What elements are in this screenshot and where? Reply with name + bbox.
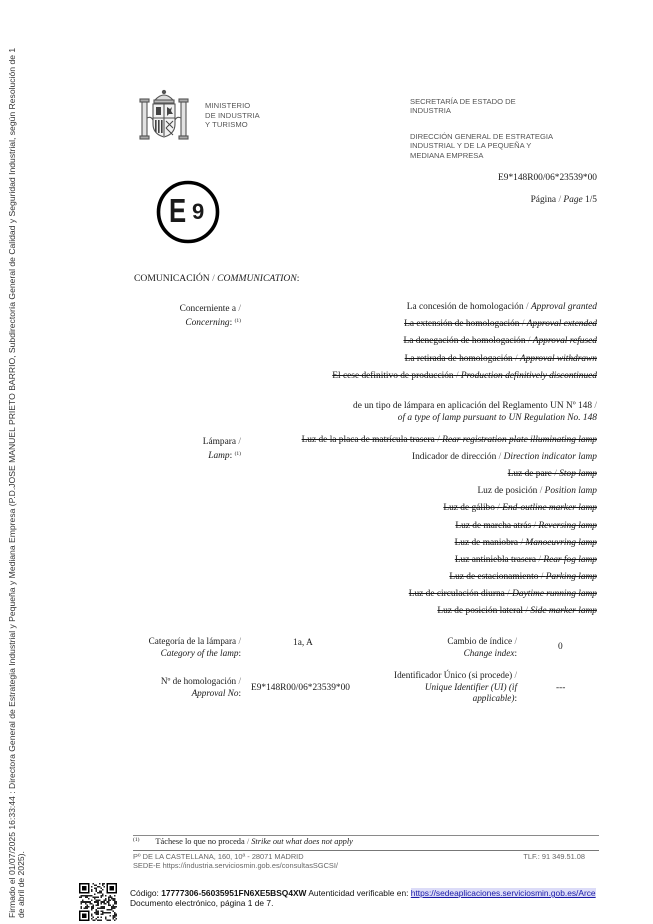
option-item-struck: Luz de posición lateral / Side marker la… [437, 606, 597, 616]
option-en: Position lamp [545, 486, 597, 496]
category-label-es: Categoría de la lámpara [149, 636, 237, 646]
signature-stamp: Firmado el 01/07/2025 16:33:44 : Directo… [4, 0, 26, 924]
option-item-struck: La extensión de homologación / Approval … [404, 319, 597, 329]
option-en: Approval refused [533, 336, 597, 346]
option-es: La denegación de homologación [403, 336, 525, 346]
lamp-label-es: Lámpara [203, 437, 236, 447]
option-item-struck: Luz de la placa de matrícula trasera / R… [302, 435, 597, 445]
document-page-info: Documento electrónico, página 1 de 7. [130, 899, 596, 909]
address-line: Pº DE LA CASTELLANA, 160, 10ª - 28071 MA… [133, 852, 338, 861]
direccion-line: DIRECCIÓN GENERAL DE ESTRATEGIA [410, 132, 553, 141]
option-en: Direction indicator lamp [504, 452, 597, 462]
page-value: 1/5 [585, 195, 597, 205]
option-en: Side marker lamp [530, 606, 597, 616]
ministry-line: DE INDUSTRIA [205, 111, 260, 121]
code-label: Código: [130, 888, 159, 898]
footnote: (1)Táchese lo que no proceda / Strike ou… [133, 837, 353, 846]
communication-es: COMUNICACIÓN [134, 273, 210, 284]
option-en: Manoeuvring lamp [525, 538, 597, 548]
option-en: Stop lamp [559, 469, 597, 479]
secretaria-line: INDUSTRIA [410, 106, 516, 115]
option-item-struck: Luz de gálibo / End-outline marker lamp [443, 503, 597, 513]
direccion-line: MEDIANA EMPRESA [410, 151, 553, 160]
page-indicator: Página / Page 1/5 [531, 195, 597, 205]
emark-logo: E 9 [156, 180, 220, 244]
option-es: Luz de marcha atrás [455, 521, 531, 531]
communication-en: COMMUNICATION [217, 273, 297, 284]
sede-line: SEDE-E https://industria.serviciosmin.go… [133, 861, 338, 870]
page-label-en: Page [563, 195, 582, 205]
option-en: Approval granted [531, 302, 597, 312]
change-index-value: 0 [558, 642, 563, 652]
option-item-struck: La retirada de homologación / Approval w… [405, 354, 597, 364]
approval-no-label-en: Approval No [192, 688, 239, 698]
approval-no-label-es: Nº de homologación [161, 676, 236, 686]
lamp-label-en: Lamp [208, 451, 229, 461]
secretaria-line: SECRETARÍA DE ESTADO DE [410, 97, 516, 106]
option-en: Rear fog lamp [543, 555, 597, 565]
communication-title: COMUNICACIÓN / COMMUNICATION: [134, 273, 299, 284]
change-index-label: Cambio de índice / Change index: [447, 636, 517, 659]
approval-no-label: Nº de homologación / Approval No: [161, 676, 241, 699]
change-index-label-en: Change index [464, 648, 515, 658]
option-en: End-outline marker lamp [502, 503, 597, 513]
coat-of-arms-icon [138, 88, 190, 142]
verification-link[interactable]: https://sedeaplicaciones.serviciosmin.go… [411, 888, 596, 898]
ministry-line: Y TURISMO [205, 120, 260, 130]
concerning-label-es: Concerniente a [180, 304, 236, 314]
ministry-line: MINISTERIO [205, 101, 260, 111]
signature-line-2: de abril de 2025). [17, 0, 26, 918]
option-es: Luz de posición [477, 486, 537, 496]
category-label: Categoría de la lámpara / Category of th… [149, 636, 241, 659]
option-en: Daytime running lamp [512, 589, 597, 599]
footnote-ref: (1) [235, 318, 241, 324]
secretaria-heading: SECRETARÍA DE ESTADO DE INDUSTRIA [410, 97, 516, 116]
option-item-selected: La concesión de homologación / Approval … [407, 302, 597, 312]
approval-no-value: E9*148R00/06*23539*00 [251, 683, 350, 693]
direccion-line: INDUSTRIAL Y DE LA PEQUEÑA Y [410, 141, 553, 150]
regulation-text: de un tipo de lámpara en aplicación del … [353, 400, 597, 424]
category-value: 1a, A [293, 638, 313, 648]
option-es: El cese definitivo de producción [332, 371, 453, 381]
ministry-name: MINISTERIO DE INDUSTRIA Y TURISMO [205, 101, 260, 130]
regulation-es: de un tipo de lámpara en aplicación del … [353, 401, 592, 411]
option-item-struck: El cese definitivo de producción / Produ… [332, 371, 597, 381]
unique-id-label-en-2: applicable) [473, 693, 515, 703]
option-es: Luz de pare [508, 469, 552, 479]
unique-id-label-es: Identificador Único (si procede) [394, 670, 512, 680]
category-label-en: Category of the lamp [161, 648, 239, 658]
direccion-heading: DIRECCIÓN GENERAL DE ESTRATEGIA INDUSTRI… [410, 132, 553, 160]
option-item-struck: Luz de marcha atrás / Reversing lamp [455, 521, 597, 531]
verification-code: 17777306-56035951FN6XE5BSQ4XW [161, 888, 306, 898]
footnote-mark: (1) [133, 837, 139, 843]
reference-number: E9*148R00/06*23539*00 [498, 173, 597, 183]
footnote-en: Strike out what does not apply [251, 837, 353, 846]
concerning-label-en: Concerning [185, 318, 229, 328]
address-divider [133, 850, 599, 851]
emark-circle-icon [156, 180, 220, 244]
option-item-selected: Luz de posición / Position lamp [477, 486, 597, 496]
option-es: Indicador de dirección [412, 452, 496, 462]
option-item-struck: Luz de pare / Stop lamp [508, 469, 597, 479]
verification-block: Código: 17777306-56035951FN6XE5BSQ4XW Au… [130, 889, 596, 908]
option-en: Parking lamp [546, 572, 597, 582]
option-en: Reversing lamp [538, 521, 597, 531]
unique-id-label-en: Unique Identifier (UI) (if [425, 682, 517, 692]
concerning-label: Concerniente a / Concerning: (1) [180, 303, 241, 329]
footer-phone: TLF.: 91 349.51.08 [523, 852, 585, 861]
lamp-label: Lámpara / Lamp: (1) [203, 436, 241, 462]
emark-letter: E [169, 192, 186, 230]
auth-text: Autenticidad verificable en: [308, 888, 408, 898]
option-item-struck: Luz de circulación diurna / Daytime runn… [409, 589, 597, 599]
footnote-es: Táchese lo que no proceda [155, 837, 244, 846]
footnote-ref: (1) [235, 451, 241, 457]
change-index-label-es: Cambio de índice [447, 636, 512, 646]
option-en: Approval extended [527, 319, 597, 329]
option-item-struck: Luz de maniobra / Manoeuvring lamp [455, 538, 597, 548]
option-en: Rear registration plate illuminating lam… [442, 435, 597, 445]
option-es: Luz de gálibo [443, 503, 495, 513]
option-es: La retirada de homologación [405, 354, 513, 364]
option-en: Production definitively discontinued [461, 371, 597, 381]
option-es: Luz de estacionamiento [449, 572, 538, 582]
option-en: Approval withdrawn [520, 354, 597, 364]
option-item-selected: Indicador de dirección / Direction indic… [412, 452, 597, 462]
footnote-divider [133, 835, 599, 836]
option-es: La extensión de homologación [404, 319, 519, 329]
option-es: Luz de circulación diurna [409, 589, 505, 599]
qr-code-icon[interactable] [79, 883, 117, 921]
unique-id-value: --- [556, 683, 565, 693]
emark-number: 9 [192, 199, 204, 225]
option-es: Luz antiniebla trasera [455, 555, 536, 565]
option-es: La concesión de homologación [407, 302, 524, 312]
option-item-struck: Luz antiniebla trasera / Rear fog lamp [455, 555, 597, 565]
signature-line-1: Firmado el 01/07/2025 16:33:44 : Directo… [8, 0, 17, 918]
option-item-struck: Luz de estacionamiento / Parking lamp [449, 572, 597, 582]
option-es: Luz de la placa de matrícula trasera [302, 435, 435, 445]
option-es: Luz de posición lateral [437, 606, 523, 616]
unique-id-label: Identificador Único (si procede) / Uniqu… [394, 670, 517, 705]
option-es: Luz de maniobra [455, 538, 519, 548]
option-item-struck: La denegación de homologación / Approval… [403, 336, 597, 346]
regulation-en: of a type of lamp pursuant to UN Regulat… [398, 413, 597, 423]
footer-address: Pº DE LA CASTELLANA, 160, 10ª - 28071 MA… [133, 852, 338, 870]
page-label-es: Página [531, 195, 557, 205]
